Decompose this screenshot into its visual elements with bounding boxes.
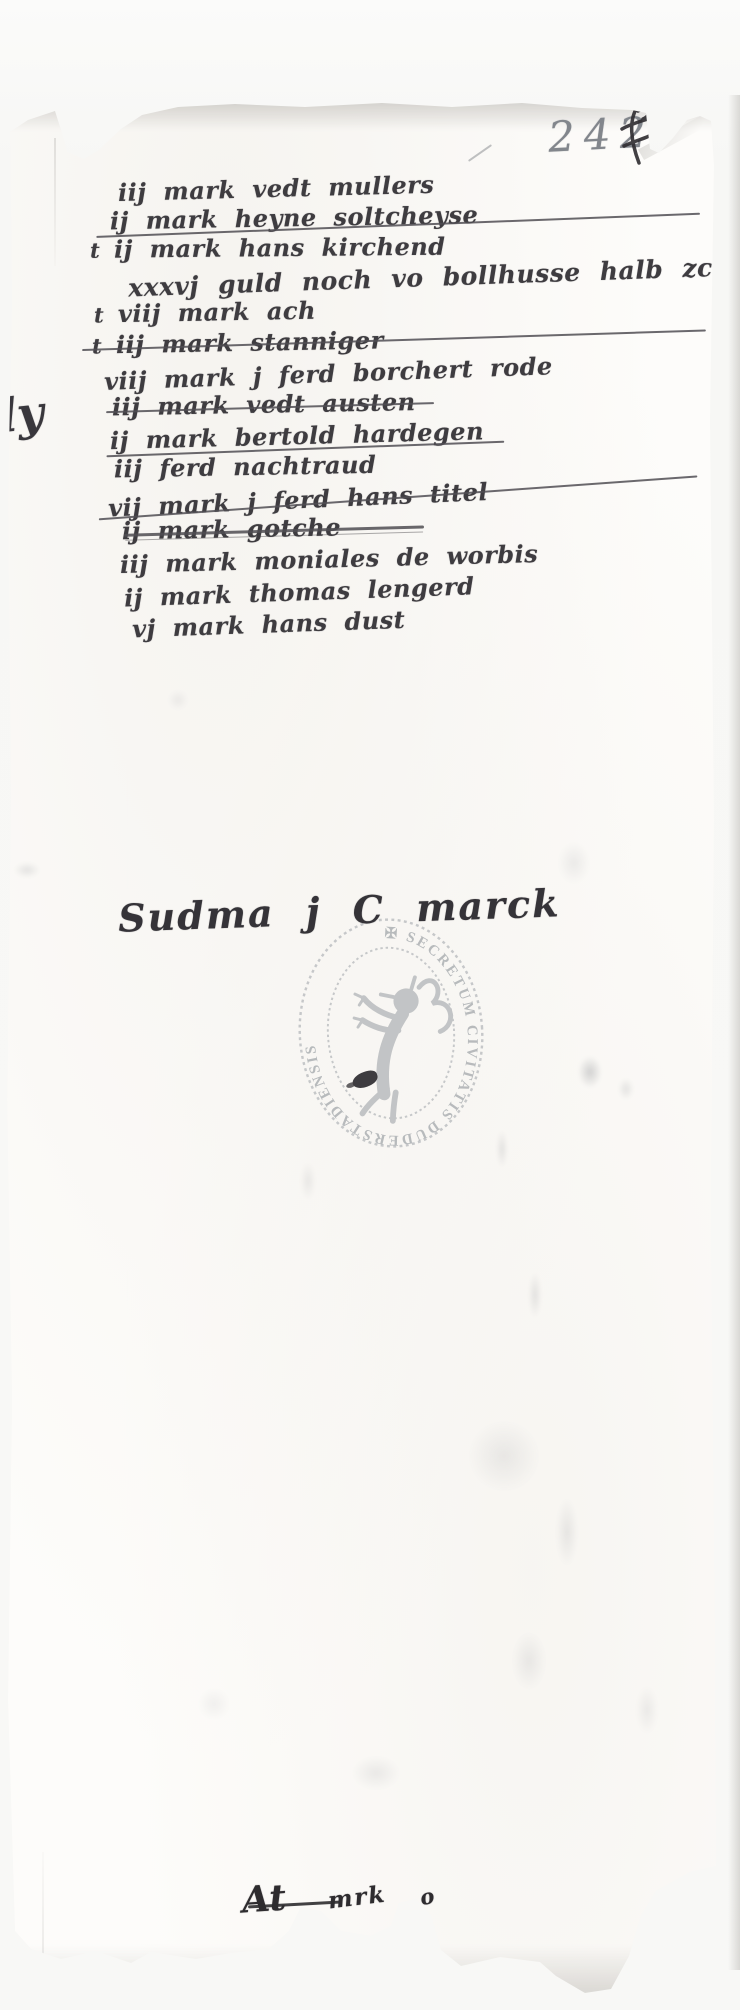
show-through-smudge <box>352 1756 400 1790</box>
show-through-smudge <box>168 690 188 710</box>
lion-tail <box>418 978 454 1034</box>
show-through-smudge <box>512 1632 546 1690</box>
bottom-crease <box>42 1852 44 1958</box>
entry-text: ij mark heyne soltcheyse <box>110 200 479 235</box>
show-through-smudge <box>618 1078 634 1100</box>
stroke <box>632 106 639 163</box>
show-through-smudge <box>636 1686 658 1734</box>
show-through-smudge <box>558 842 590 884</box>
fold-crease <box>54 138 56 266</box>
entry-text: ij mark gotche <box>122 512 341 545</box>
cross-mark: t <box>92 333 108 358</box>
scan-canvas: 242 iij mark vedt mullersij mark heyne s… <box>0 0 740 2010</box>
margin-text-fragment: g <box>0 894 14 943</box>
show-through-smudge <box>556 1498 578 1566</box>
entry-text: iij ferd nachtraud <box>114 450 377 484</box>
bottom-text-fragment: At <box>241 1877 288 1922</box>
ink-flourish-strokes <box>622 106 655 163</box>
lion-head <box>391 986 421 1016</box>
lion-jaw <box>381 992 395 1001</box>
entry-text: ij mark hans kirchend <box>114 232 446 264</box>
show-through-smudge <box>528 1272 542 1318</box>
bottom-text-fragment: mrk <box>327 1881 388 1915</box>
summa-line: Sudma j C marck <box>117 880 561 940</box>
cross-mark: t <box>90 238 106 263</box>
entry-text: iij mark vedt austen <box>112 387 416 421</box>
show-through-smudge <box>578 1056 602 1088</box>
torn-edge-shading-bottom <box>0 1925 740 1995</box>
show-through-smudge <box>496 1130 508 1168</box>
bottom-text-fragment: o <box>418 1883 437 1910</box>
margin-text-fragment: lly <box>0 385 46 445</box>
show-through-smudge <box>14 862 40 878</box>
ink-flourish-mark <box>616 100 660 170</box>
duderstadt-city-seal: ✠ SECRETUM CIVITATIS DUDERSTADIENSIS <box>286 902 497 1165</box>
stroke <box>638 109 649 119</box>
stroke <box>624 134 653 146</box>
entry-text: iij mark stanniger <box>116 325 384 359</box>
show-through-smudge <box>468 1420 540 1492</box>
payment-entries: iij mark vedt mullersij mark heyne soltc… <box>88 170 728 635</box>
lion-hindleg <box>358 1088 390 1113</box>
manuscript-page: 242 iij mark vedt mullersij mark heyne s… <box>0 0 740 2010</box>
stroke <box>622 116 655 129</box>
lion-ear <box>409 977 417 989</box>
show-through-smudge <box>198 1688 230 1720</box>
show-through-smudge <box>300 1162 316 1200</box>
lion-claws <box>355 992 365 1005</box>
entry-text: viij mark ach <box>118 296 316 328</box>
cross-mark: t <box>94 302 110 327</box>
seal-graphic: ✠ SECRETUM CIVITATIS DUDERSTADIENSIS <box>292 913 490 1154</box>
pencil-slash-mark <box>468 144 492 162</box>
